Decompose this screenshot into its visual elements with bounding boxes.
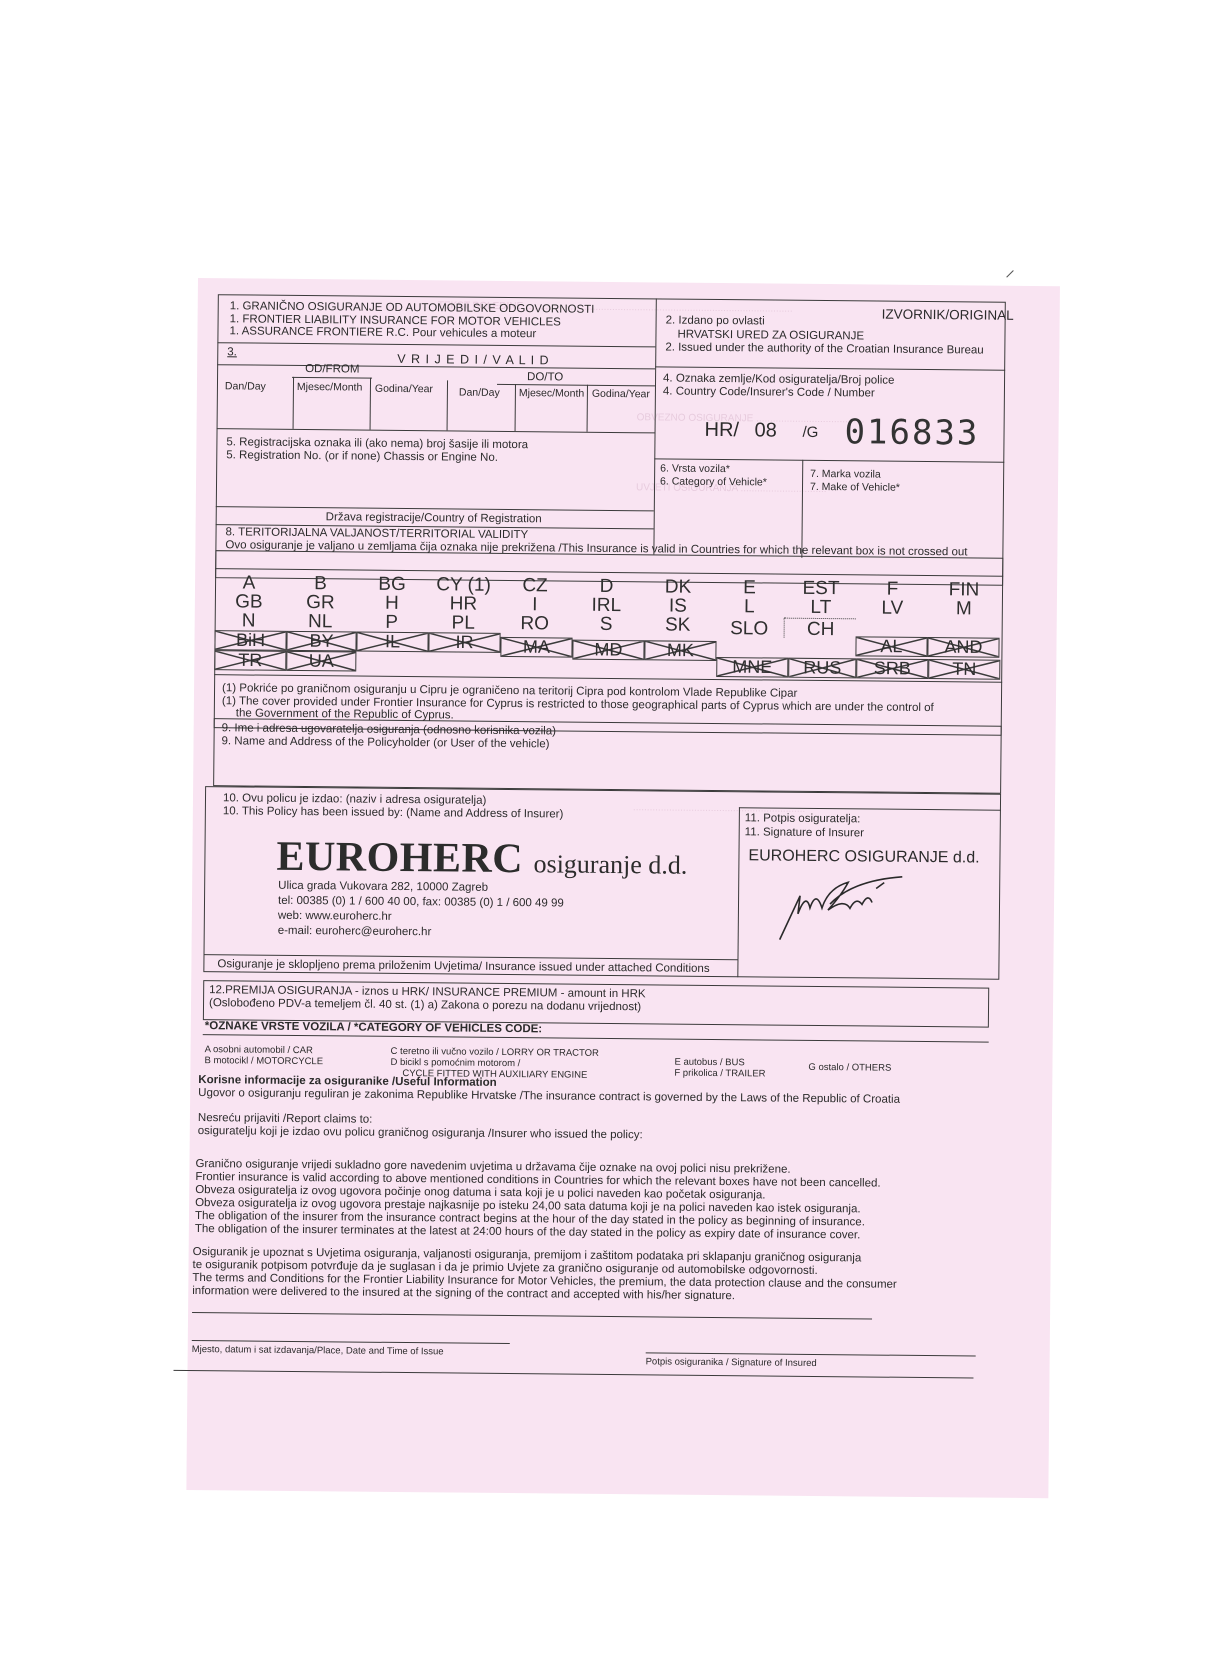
- crossed-country-label: TR: [215, 650, 285, 672]
- section-6-label: 6. Vrsta vozila* 6. Category of Vehicle*: [660, 462, 767, 489]
- code-g: G ostalo / OTHERS: [808, 1062, 891, 1074]
- section-4-label: 4. Oznaka zemlje/Kod osiguratelja/Broj p…: [663, 372, 895, 400]
- insurance-form-sheet: TEKST POLEĐINE .........................…: [186, 278, 1060, 1498]
- valid-from-label: OD/FROM: [305, 363, 359, 376]
- from-month-header: Mjesec/Month: [297, 381, 362, 394]
- code-b: B motocikl / MOTORCYCLE: [204, 1055, 323, 1067]
- crossed-country-label: RUS: [789, 657, 855, 679]
- insurer-company-name: EUROHERC OSIGURANJE d.d.: [748, 847, 979, 867]
- section-9-label: 9. Ime i adresa ugovaratelja osiguranja …: [221, 722, 556, 751]
- section-7-line-en: 7. Make of Vehicle*: [810, 481, 900, 495]
- crossed-country-label: MD: [573, 639, 643, 661]
- section-1-title: 1. GRANIČNO OSIGURANJE OD AUTOMOBILSKE O…: [229, 300, 594, 341]
- insurer-email[interactable]: e-mail: euroherc@euroherc.hr: [278, 924, 564, 942]
- country-code-ch: CH: [791, 619, 851, 642]
- crossed-country-label: BY: [287, 630, 355, 652]
- section-7-line-hr: 7. Marka vozila: [810, 468, 900, 482]
- crossed-country-label: MA: [501, 636, 571, 658]
- crossed-country-by: BY: [286, 631, 356, 652]
- from-day-header: Dan/Day: [225, 380, 266, 392]
- country-code-lt: LT: [791, 597, 851, 620]
- brand-name: EUROHERC: [276, 834, 523, 882]
- insurer-logo: EUROHERC osiguranje d.d.: [276, 833, 687, 885]
- crossed-country-label: TN: [929, 659, 999, 681]
- crossed-country-ir: IR: [428, 632, 500, 653]
- to-month-field[interactable]: [517, 403, 585, 430]
- policy-series: /G: [802, 424, 818, 441]
- valid-to-label: DO/TO: [527, 371, 563, 383]
- section-3-number: 3.: [227, 346, 237, 358]
- country-code-slo: SLO: [719, 618, 779, 641]
- to-day-field[interactable]: [449, 402, 513, 429]
- to-month-header: Mjesec/Month: [519, 387, 584, 400]
- country-code-ro: RO: [505, 613, 565, 636]
- section-5-label: 5. Registracijska oznaka ili (ako nema) …: [226, 436, 528, 465]
- crossed-country-label: AL: [856, 636, 926, 658]
- vehicle-codes-ef: E autobus / BUS F prikolica / TRAILER: [674, 1057, 765, 1080]
- crossed-country-tr: TR: [214, 650, 286, 671]
- insured-signature-label: Potpis osiguranika / Signature of Insure…: [646, 1356, 817, 1369]
- place-date-label: Mjesto, datum i sat izdavanja/Place, Dat…: [192, 1344, 444, 1357]
- crossed-country-bih: BiH: [214, 630, 286, 651]
- crossed-country-ma: MA: [500, 637, 572, 658]
- crossed-country-label: IL: [357, 631, 427, 653]
- crossed-country-tn: TN: [928, 659, 1000, 680]
- country-code: HR/: [704, 419, 739, 442]
- country-grid: [198, 278, 1060, 286]
- crossed-country-label: AND: [928, 637, 998, 659]
- country-code-lv: LV: [862, 597, 922, 620]
- section-4-line-en: 4. Country Code/Insurer's Code / Number: [663, 385, 895, 400]
- section-6-line-hr: 6. Vrsta vozila*: [660, 462, 767, 476]
- section-10-label: 10. Ovu policu je izdao: (naziv i adresa…: [223, 792, 564, 821]
- to-year-header: Godina/Year: [592, 388, 650, 401]
- crossed-country-srb: SRB: [856, 658, 928, 679]
- from-month-field[interactable]: [295, 401, 369, 428]
- section-12-label: 12.PREMIJA OSIGURANJA - iznos u HRK/ INS…: [209, 984, 646, 1014]
- from-year-header: Godina/Year: [375, 383, 433, 396]
- scanned-page: ⸝ TEKST POLEĐINE .......................…: [0, 0, 1215, 1672]
- insured-signature-field[interactable]: [646, 1328, 976, 1353]
- crossed-country-label: SRB: [857, 658, 927, 680]
- validity-terms: Granično osiguranje vrijedi sukladno gor…: [195, 1158, 881, 1243]
- crossed-country-md: MD: [572, 640, 644, 661]
- section-6-line-en: 6. Category of Vehicle*: [660, 475, 767, 489]
- crossed-country-label: BiH: [215, 630, 285, 652]
- insurer-code: 08: [754, 419, 776, 442]
- crossed-country-label: MK: [645, 640, 715, 662]
- country-code-s: S: [576, 614, 636, 637]
- premium-amount-field[interactable]: [731, 989, 985, 1023]
- code-e: E autobus / BUS: [674, 1057, 765, 1069]
- policy-number: 016833: [844, 412, 979, 453]
- section-11-line-hr: 11. Potpis osiguratelja:: [745, 811, 864, 826]
- to-day-header: Dan/Day: [459, 387, 500, 399]
- section-2-issuer: 2. Izdano po ovlasti HRVATSKI URED ZA OS…: [665, 314, 984, 358]
- code-f: F prikolica / TRAILER: [674, 1068, 765, 1080]
- section-11-line-en: 11. Signature of Insurer: [745, 825, 864, 840]
- crossed-country-label: MNE: [717, 657, 787, 679]
- section-11-label: 11. Potpis osiguratelja: 11. Signature o…: [745, 811, 865, 840]
- to-year-field[interactable]: [589, 404, 653, 431]
- crossed-country-mne: MNE: [716, 657, 788, 678]
- country-code-l: L: [719, 596, 779, 619]
- country-code-m: M: [934, 598, 994, 621]
- registration-number-field[interactable]: [218, 464, 652, 508]
- place-date-field[interactable]: [192, 1318, 510, 1341]
- useful-info-law: Ugovor o osiguranju reguliran je zakonim…: [198, 1087, 900, 1106]
- crossed-country-and: AND: [927, 637, 999, 658]
- from-day-field[interactable]: [219, 400, 293, 427]
- crossed-country-mk: MK: [644, 640, 716, 661]
- crossed-country-rus: RUS: [788, 658, 856, 679]
- insurer-contact: Ulica grada Vukovara 282, 10000 Zagreb t…: [278, 879, 564, 942]
- crossed-country-il: IL: [356, 632, 428, 653]
- crossed-country-al: AL: [855, 636, 927, 657]
- from-year-field[interactable]: [372, 402, 446, 429]
- vehicle-codes-ab: A osobni automobil / CAR B motocikl / MO…: [204, 1044, 323, 1067]
- crossed-country-label: IR: [429, 632, 499, 654]
- acknowledgement: Osiguranik je upoznat s Uvjetima osigura…: [192, 1246, 897, 1305]
- insurer-signature: [772, 874, 933, 946]
- country-of-registration-label: Država registracije/Country of Registrat…: [326, 511, 542, 525]
- vehicle-codes-title: *OZNAKE VRSTE VOZILA / *CATEGORY OF VEHI…: [205, 1020, 542, 1035]
- pen-mark: ⸝: [1005, 255, 1015, 282]
- crossed-country-label: UA: [287, 650, 355, 672]
- country-code-sk: SK: [648, 614, 708, 637]
- section-7-label: 7. Marka vozila 7. Make of Vehicle*: [810, 468, 900, 495]
- section-3-title: V R I J E D I / V A L I D: [397, 352, 549, 367]
- report-claims: Nesreću prijaviti /Report claims to: osi…: [198, 1112, 643, 1142]
- crossed-country-ua: UA: [286, 651, 356, 672]
- brand-suffix: osiguranje d.d.: [533, 849, 687, 879]
